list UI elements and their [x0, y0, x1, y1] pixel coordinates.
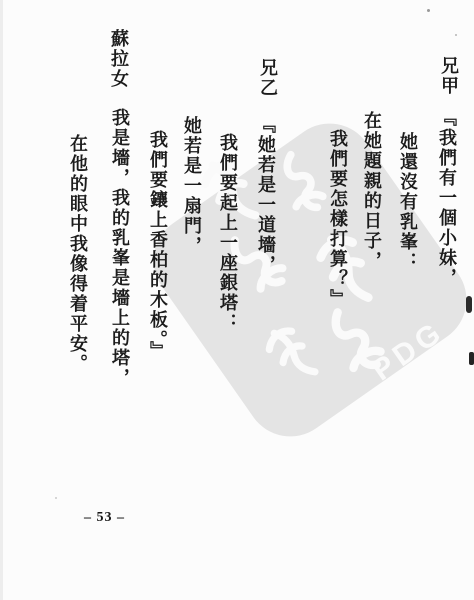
speaker-label-brother-a: 兄甲: [437, 56, 461, 96]
watermark-glyph: [263, 324, 321, 385]
watermark-rotated-group: PDG: [122, 86, 474, 459]
verse-line: 她還沒有乳峯：: [396, 132, 420, 272]
watermark-glyph: [322, 305, 385, 376]
scan-speck: [55, 497, 57, 499]
verse-line: 我們要怎樣打算？』: [326, 129, 350, 309]
scan-edge-shadow: [0, 0, 3, 600]
verse-line: 在她題親的日子，: [360, 111, 384, 271]
page-number: – 53 –: [84, 510, 125, 526]
speaker-label-shulamite: 蘇拉女: [107, 29, 131, 89]
speaker-label-brother-b: 兄乙: [256, 58, 280, 98]
watermark-glyph: [275, 150, 326, 215]
verse-line: 『我們有一個小妹，: [435, 108, 459, 288]
verse-line: 我們要起上一座銀塔：: [216, 133, 240, 333]
scan-artifact: [466, 296, 472, 313]
verse-line: 『她若是一道墻，: [254, 115, 278, 275]
scan-artifact: [469, 352, 474, 365]
verse-line: 她若是一扇門，: [180, 116, 204, 256]
verse-line: 我是墻，我的乳峯是墻上的塔，: [108, 108, 132, 388]
scan-speck: [427, 9, 430, 12]
scan-speck: [455, 34, 457, 36]
watermark-pdg-label: PDG: [366, 314, 450, 387]
verse-line: 在他的眼中我像得着平安。: [66, 134, 90, 374]
scanned-page: PDG 兄甲 『我們有一個小妹， 她還沒有乳峯： 在她題親的日子， 我們要怎樣打…: [0, 0, 474, 600]
verse-line: 我們要鑲上香柏的木板。』: [146, 130, 170, 361]
